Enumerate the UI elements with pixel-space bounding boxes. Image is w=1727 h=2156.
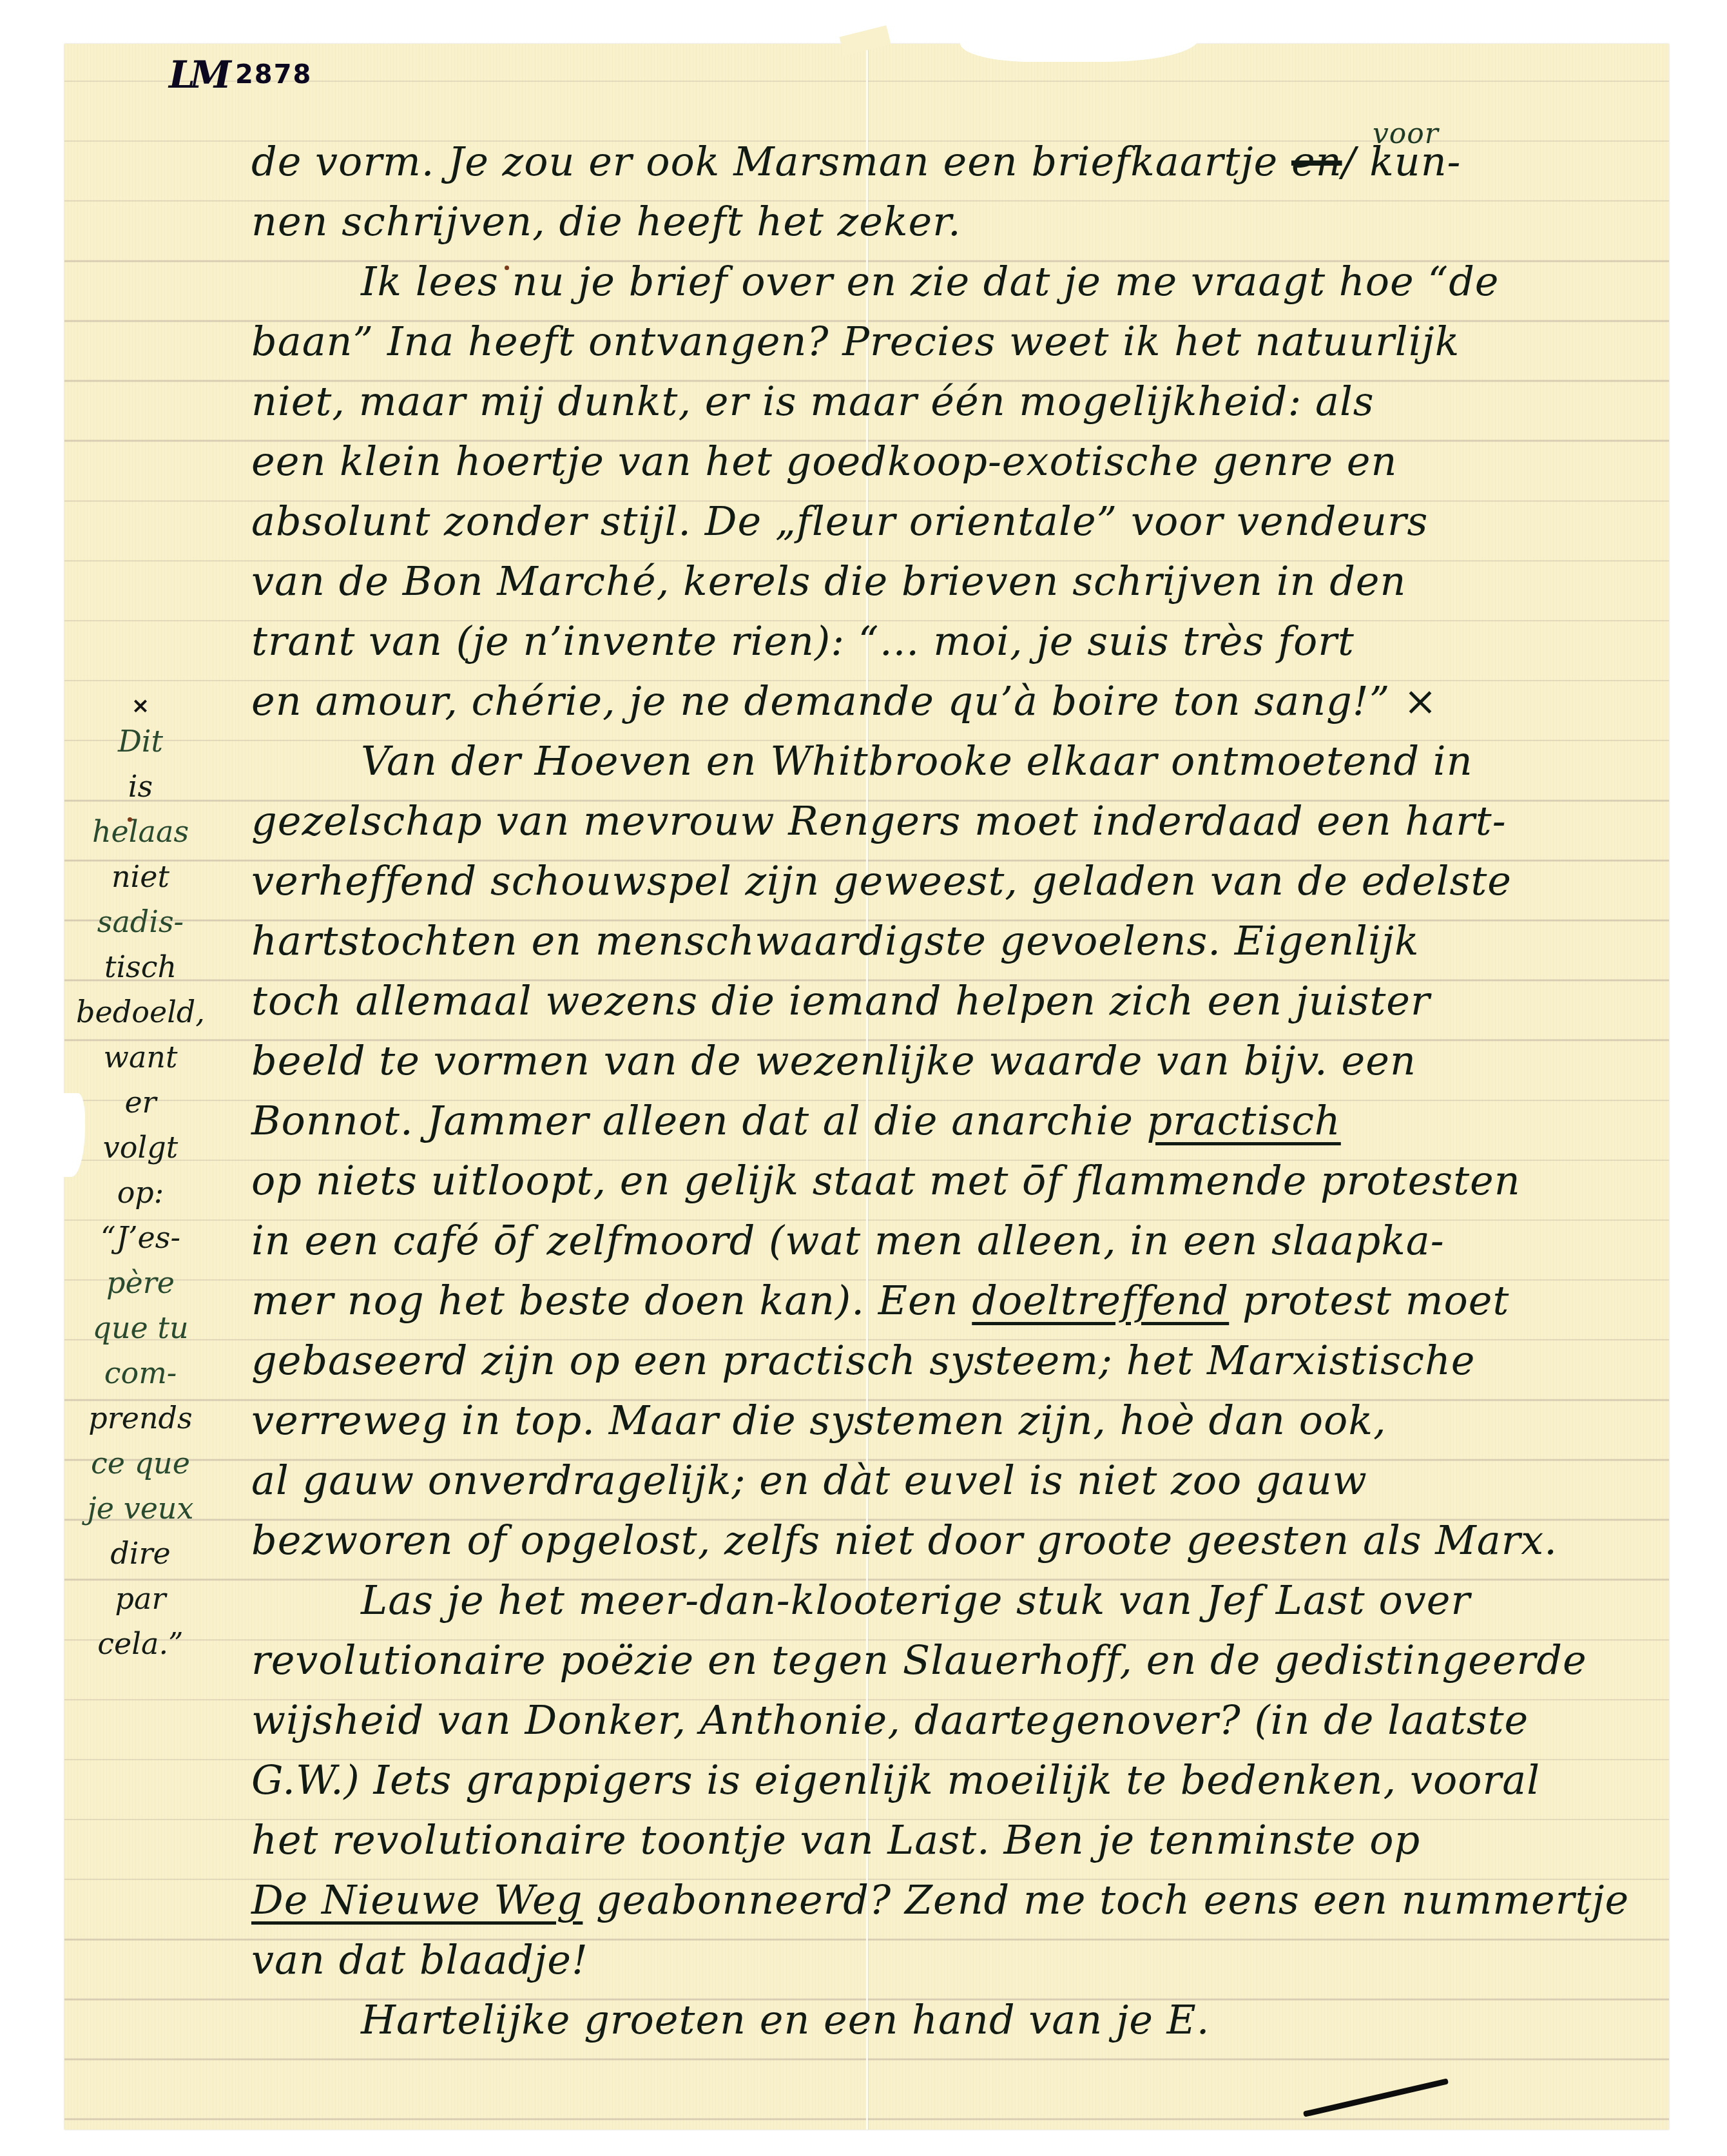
margin-line: père (76, 1260, 205, 1305)
letter-line-13: verheffend schouwspel zijn geweest, gela… (251, 851, 1656, 911)
archive-number: 2878 (235, 60, 312, 90)
margin-line: que tu (76, 1305, 205, 1350)
letter-line-9: trant van (je n’invente rien): “… moi, j… (251, 611, 1656, 671)
inserted-word: voor (1373, 120, 1439, 148)
margin-line: bedoeld, (76, 989, 205, 1034)
margin-line: is (76, 764, 205, 809)
letter-line-25: Las je het meer-dan-klooterige stuk van … (251, 1570, 1656, 1630)
margin-line: par (76, 1576, 205, 1621)
letter-line-27: wijsheid van Donker, Anthonie, daartegen… (251, 1690, 1656, 1750)
underlined-title: De Nieuwe Weg (251, 1876, 583, 1923)
letter-line-23: al gauw onverdragelijk; en dàt euvel is … (251, 1450, 1656, 1510)
archive-stamp: LM 2878 (169, 53, 312, 97)
letter-line-14: hartstochten en menschwaardigste gevoele… (251, 911, 1656, 971)
margin-line: Dit (76, 719, 205, 764)
margin-line: sadis- (76, 899, 205, 944)
margin-line: tisch (76, 944, 205, 989)
margin-line: “J’es- (76, 1215, 205, 1260)
letter-line-22: verreweg in top. Maar die systemen zijn,… (251, 1390, 1656, 1450)
margin-line: com- (76, 1350, 205, 1395)
letter-line-4: baan” Ina heeft ontvangen? Precies weet … (251, 311, 1656, 371)
margin-line: helaas (76, 809, 205, 854)
letter-line-1: de vorm. Je zou er ook Marsman een brief… (251, 131, 1656, 191)
margin-line: op: (76, 1170, 205, 1215)
margin-line: prends (76, 1395, 205, 1441)
footnote-marker: × (76, 693, 205, 719)
letter-line-18: op niets uitloopt, en gelijk staat met ō… (251, 1151, 1656, 1210)
archive-monogram: LM (169, 53, 226, 97)
ink-spot (128, 817, 132, 822)
letter-line-21: gebaseerd zijn op een practisch systeem;… (251, 1330, 1656, 1390)
margin-line: want (76, 1034, 205, 1080)
letter-line-16: beeld te vormen van de wezenlijke waarde… (251, 1031, 1656, 1091)
margin-note: × Dit is helaas niet sadis- tisch bedoel… (76, 693, 205, 1666)
struck-word: en (1291, 138, 1342, 185)
letter-line-8: van de Bon Marché, kerels die brieven sc… (251, 551, 1656, 611)
margin-line: dire (76, 1531, 205, 1576)
letter-line-15: toch allemaal wezens die iemand helpen z… (251, 971, 1656, 1031)
margin-line: er (76, 1080, 205, 1125)
letter-line-31: van dat blaadje! (251, 1930, 1656, 1990)
letter-line-28: G.W.) Iets grappigers is eigenlijk moeil… (251, 1750, 1656, 1810)
margin-line: ce que (76, 1441, 205, 1486)
letter-line-11: Van der Hoeven en Whitbrooke elkaar ontm… (251, 731, 1656, 791)
letter-line-5: niet, maar mij dunkt, er is maar één mog… (251, 371, 1656, 431)
letter-line-29: het revolutionaire toontje van Last. Ben… (251, 1810, 1656, 1870)
letter-line-7: absolunt zonder stijl. De „fleur orienta… (251, 491, 1656, 551)
letter-line-17: Bonnot. Jammer alleen dat al die anarchi… (251, 1091, 1656, 1151)
letter-line-30: De Nieuwe Weg geabonneerd? Zend me toch … (251, 1870, 1656, 1930)
ink-spot (505, 266, 509, 270)
letter-line-2: nen schrijven, die heeft het zeker. (251, 191, 1656, 251)
letter-body: de vorm. Je zou er ook Marsman een brief… (251, 131, 1656, 2050)
letter-line-26: revolutionaire poëzie en tegen Slauerhof… (251, 1630, 1656, 1690)
letter-line-12: gezelschap van mevrouw Rengers moet inde… (251, 791, 1656, 851)
letter-line-6: een klein hoertje van het goedkoop-exoti… (251, 431, 1656, 491)
margin-line: je veux (76, 1486, 205, 1531)
margin-line: cela.” (76, 1621, 205, 1666)
margin-line: niet (76, 854, 205, 899)
letter-line-10: en amour, chérie, je ne demande qu’à boi… (251, 671, 1656, 731)
underlined-word: practisch (1147, 1097, 1341, 1144)
letter-closing: Hartelijke groeten en een hand van je E. (251, 1990, 1656, 2050)
letter-line-3: Ik lees nu je brief over en zie dat je m… (251, 251, 1656, 311)
margin-line: volgt (76, 1125, 205, 1170)
letter-line-24: bezworen of opgelost, zelfs niet door gr… (251, 1510, 1656, 1570)
letter-line-19: in een café ōf zelfmoord (wat men alleen… (251, 1210, 1656, 1270)
underlined-word: doeltreffend (972, 1277, 1229, 1324)
letter-line-20: mer nog het beste doen kan). Een doeltre… (251, 1270, 1656, 1330)
